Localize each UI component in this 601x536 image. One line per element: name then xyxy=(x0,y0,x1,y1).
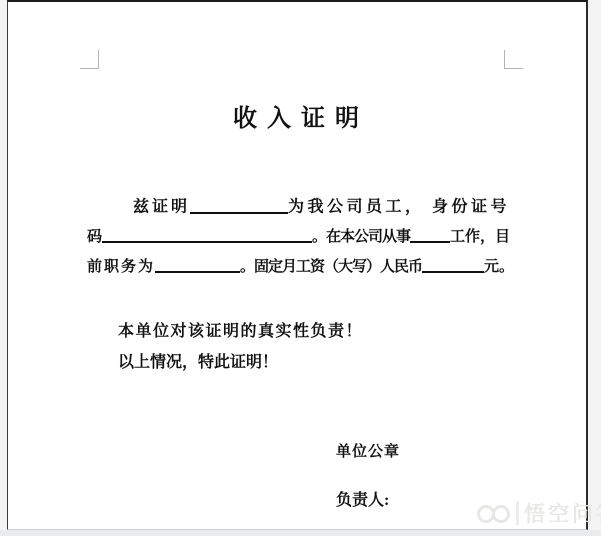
margin-mark-top-left xyxy=(80,50,99,69)
page-bottom-shadow xyxy=(0,530,601,536)
body-line-2-pre: 码 xyxy=(87,229,102,245)
body-line-3-post: 元。 xyxy=(484,259,514,275)
screenshot-canvas: 收 入 证 明 兹证明为我公司员工， 身份证号 码。在本公司从事工作，目 前职务… xyxy=(0,0,601,536)
body-line-2: 码。在本公司从事工作，目 xyxy=(87,226,510,246)
blank-salary-amount[interactable] xyxy=(422,258,484,273)
statement-certify: 以上情况，特此证明！ xyxy=(118,349,278,372)
blank-employee-name[interactable] xyxy=(190,198,288,214)
body-line-3-mid: 。固定月工资（大写）人民币 xyxy=(240,259,422,275)
body-line-1-pre: 兹证明 xyxy=(133,199,190,216)
body-line-2-mid: 。在本公司从事 xyxy=(312,229,410,245)
blank-id-number[interactable] xyxy=(102,228,312,243)
body-line-3: 前职务为。固定月工资（大写）人民币元。 xyxy=(87,256,514,276)
blank-position[interactable] xyxy=(155,258,240,273)
body-line-3-pre: 前职务为 xyxy=(87,259,155,275)
statement-responsibility: 本单位对该证明的真实性负责！ xyxy=(118,318,363,341)
document-page[interactable]: 收 入 证 明 兹证明为我公司员工， 身份证号 码。在本公司从事工作，目 前职务… xyxy=(7,0,588,530)
body-line-1: 兹证明为我公司员工， 身份证号 xyxy=(133,196,510,216)
signer-label: 负责人: xyxy=(336,487,389,510)
body-line-2-post: 工作，目 xyxy=(450,229,510,245)
margin-mark-top-right xyxy=(504,50,523,69)
body-line-1-post: 为我公司员工， 身份证号 xyxy=(288,199,510,216)
blank-job-type[interactable] xyxy=(410,228,450,243)
seal-label: 单位公章 xyxy=(336,440,400,461)
document-title: 收 入 证 明 xyxy=(8,98,586,133)
